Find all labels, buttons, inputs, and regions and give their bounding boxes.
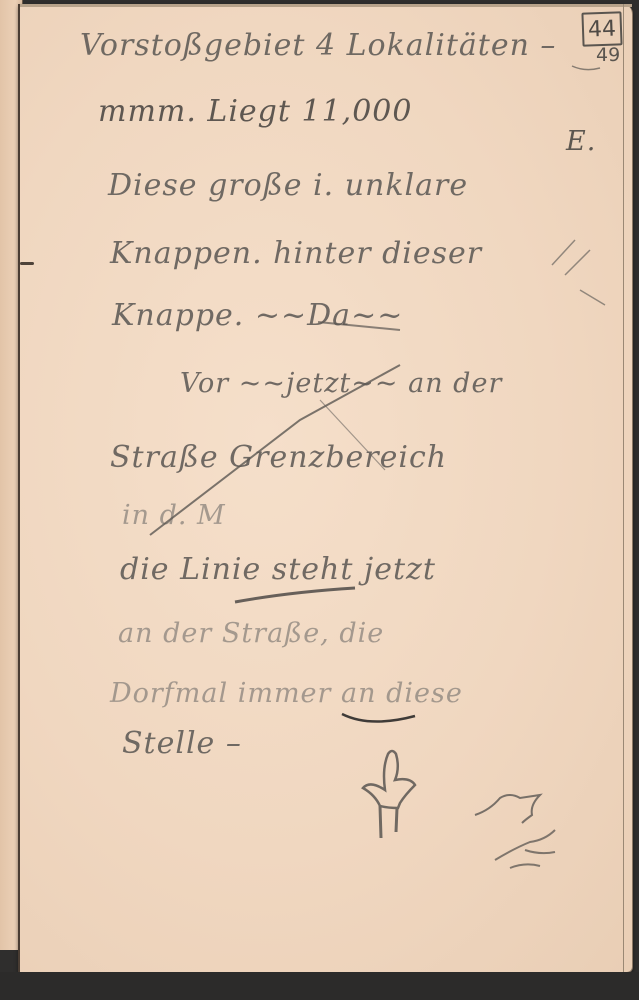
scan-background-bottom: [0, 972, 639, 1000]
page-number-alt: 49: [596, 44, 620, 66]
handwritten-line-9: die Linie steht jetzt: [120, 552, 436, 587]
handwritten-line-10: an der Straße, die: [118, 618, 384, 649]
notebook-page: [18, 4, 633, 973]
page-number-boxed: 44: [581, 11, 622, 46]
handwritten-line-3: Diese große i. unklare: [108, 168, 468, 203]
handwritten-line-6: Vor ~~jetzt~~ an der: [180, 368, 502, 399]
handwritten-line-11: Dorfmal immer an diese: [110, 678, 463, 709]
handwritten-line-4: Knappen. hinter dieser: [110, 236, 482, 271]
handwritten-line-7: Straße Grenzbereich: [110, 440, 447, 475]
page-top-edge: [20, 4, 632, 7]
handwritten-line-12: Stelle –: [122, 726, 242, 761]
handwritten-line-5: Knappe. ~~Da~~: [112, 298, 403, 333]
page-right-edge: [623, 4, 624, 972]
handwritten-line-2: mmm. Liegt 11,000: [98, 94, 412, 129]
handwritten-line-2-suffix: E.: [566, 126, 596, 157]
handwritten-line-8: in d. M: [122, 500, 226, 531]
handwritten-line-1: Vorstoßgebiet 4 Lokalitäten –: [80, 28, 556, 63]
binding-mark: [20, 262, 34, 265]
